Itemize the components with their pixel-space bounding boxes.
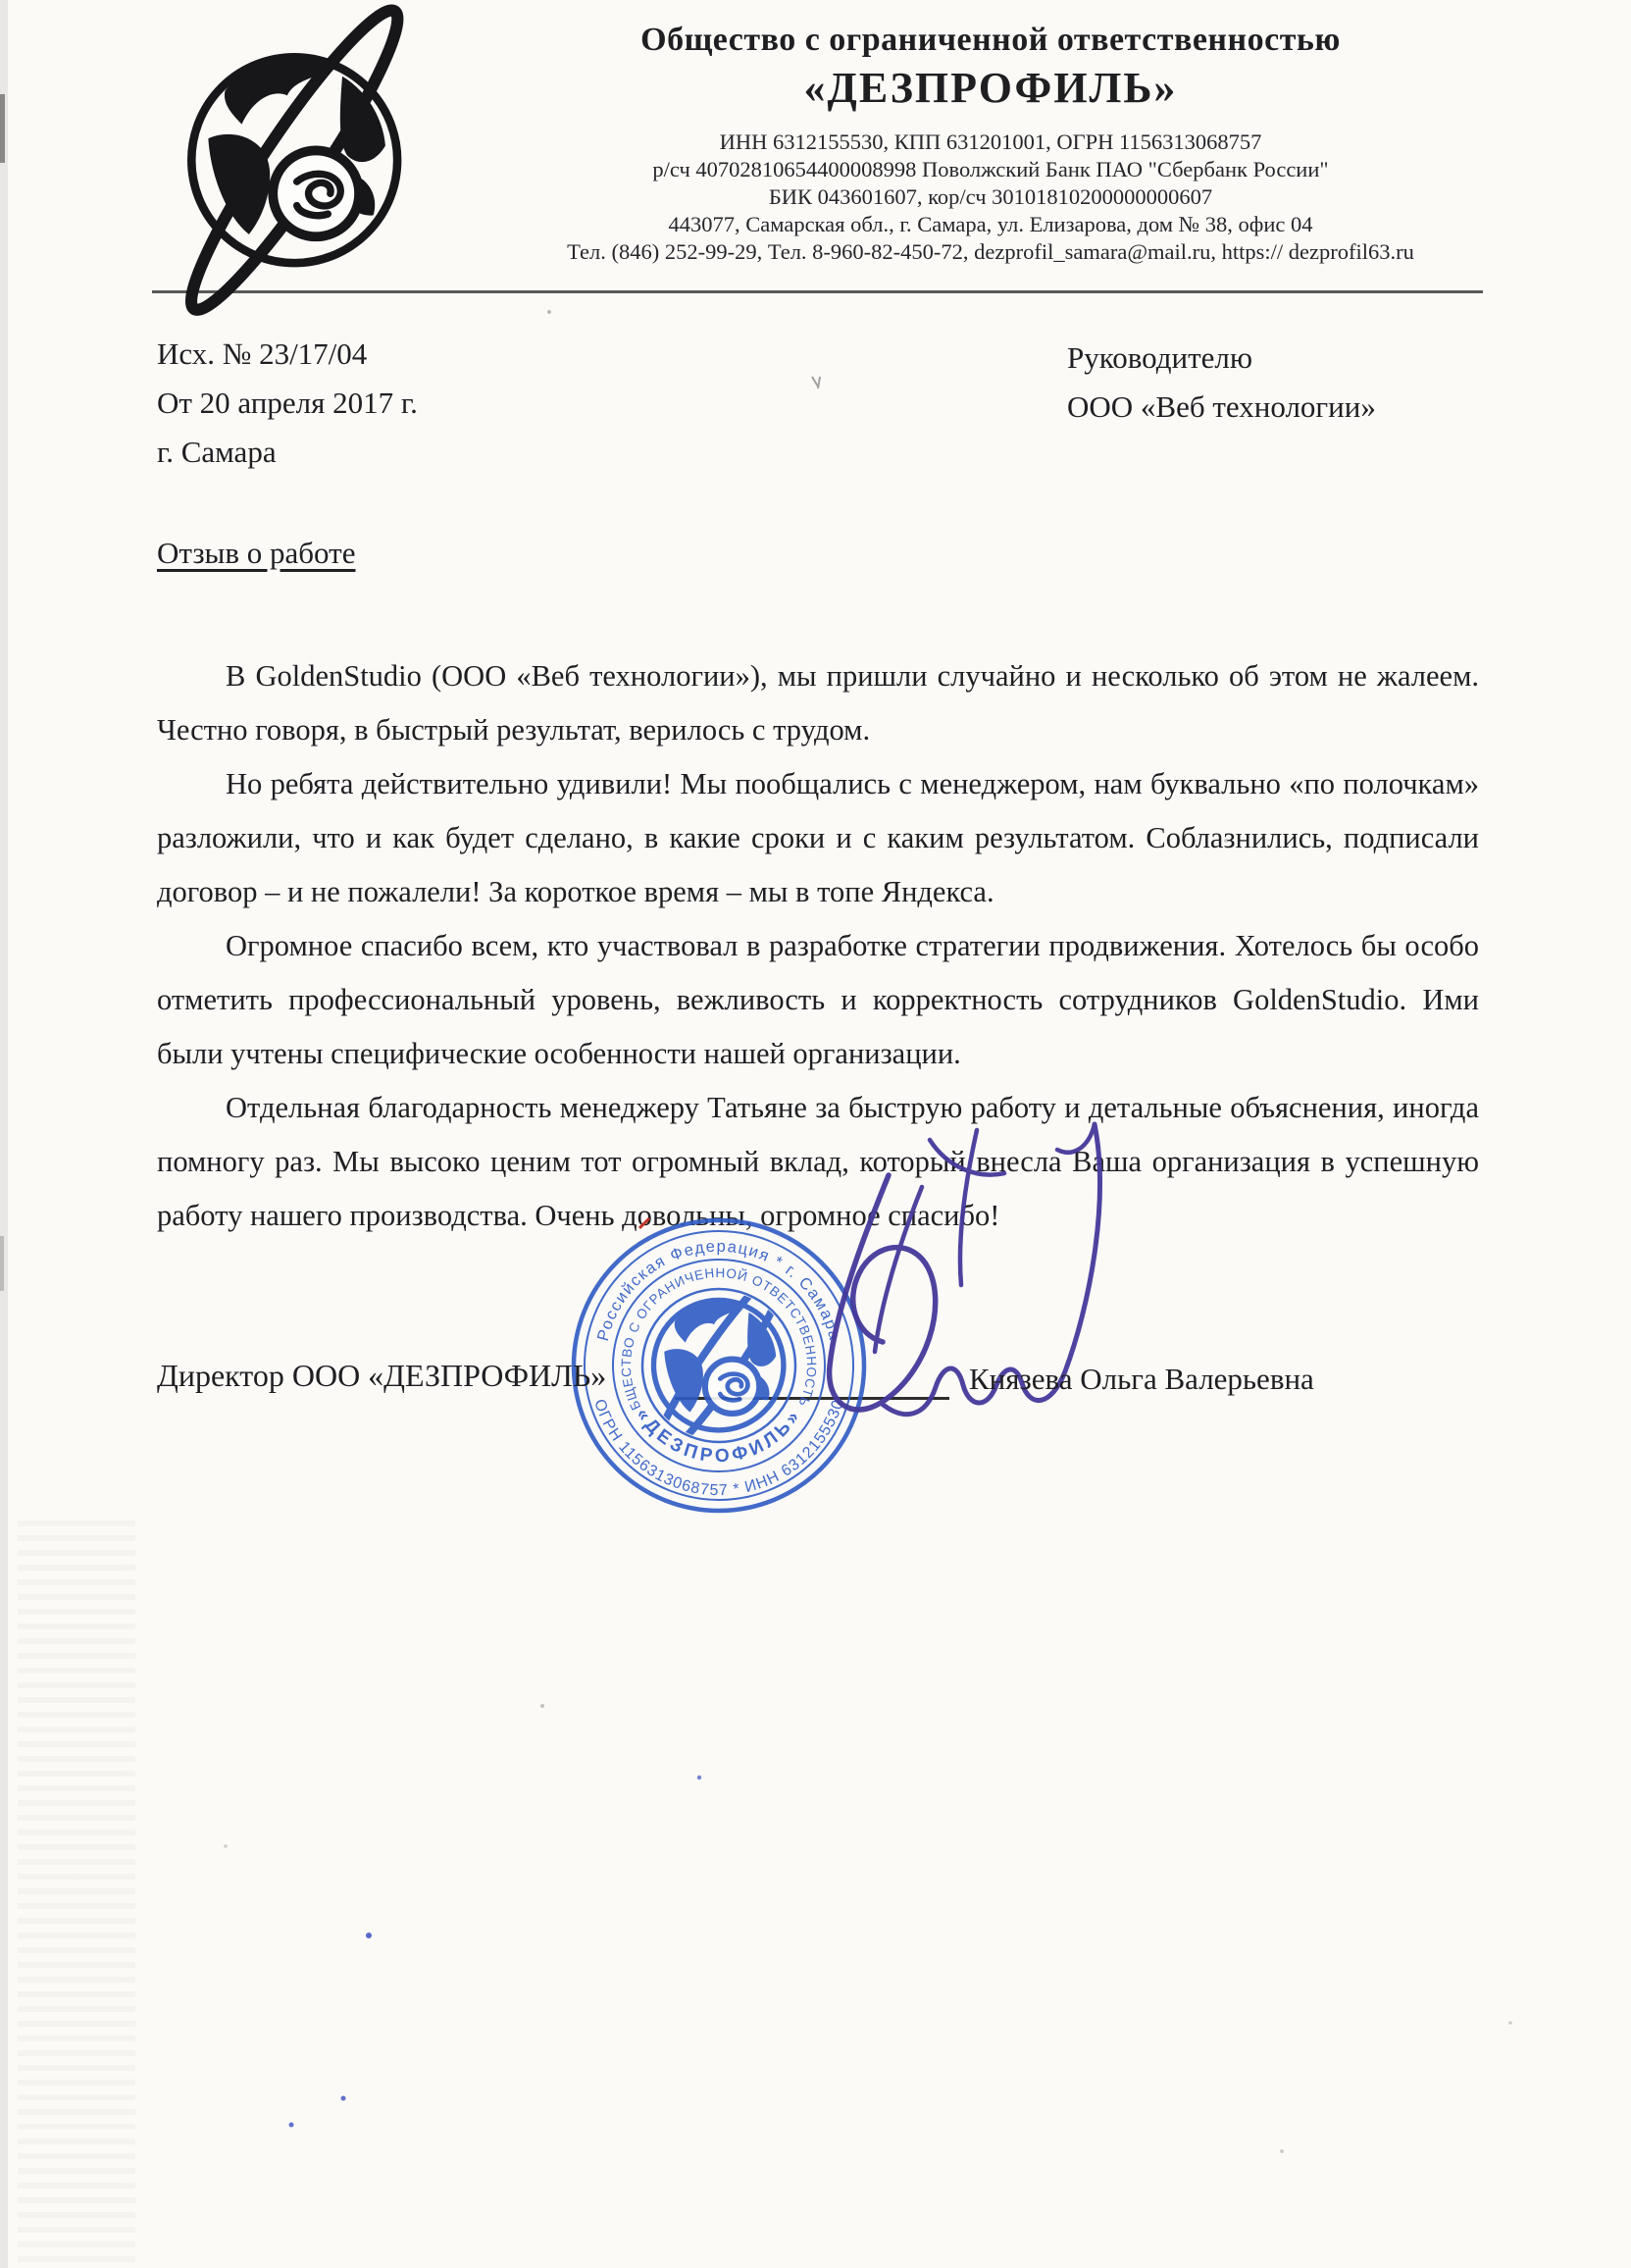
svg-text:«ДЕЗПРОФИЛЬ»: «ДЕЗПРОФИЛЬ» — [632, 1405, 806, 1468]
scan-edge-artifact — [0, 0, 8, 2268]
signer-title: Директор ООО «ДЕЗПРОФИЛЬ» — [157, 1358, 606, 1394]
stamp-text-company-name: «ДЕЗПРОФИЛЬ» — [632, 1405, 806, 1468]
stamp-text-ogrn-inn: ОГРН 1156313068757 * ИНН 6312155530 — [590, 1397, 847, 1499]
letterhead-globe-logo-icon — [171, 0, 419, 325]
letterhead: Общество с ограниченной ответственностью… — [461, 22, 1520, 266]
letter-page: Общество с ограниченной ответственностью… — [0, 0, 1631, 2268]
company-type: Общество с ограниченной ответственностью — [461, 22, 1520, 59]
scan-noise-band — [18, 1521, 135, 2266]
letter-date: От 20 апреля 2017 г. — [157, 379, 418, 428]
company-name: «ДЕЗПРОФИЛЬ» — [461, 63, 1520, 113]
recipient-block: Руководителю ООО «Веб технологии» — [1067, 334, 1376, 432]
stamp-globe-icon — [640, 1262, 797, 1469]
stamp-text-country: Российская Федерация * г. Самара — [594, 1238, 843, 1343]
reference-block: Исх. № 23/17/04 От 20 апреля 2017 г. г. … — [157, 330, 418, 477]
body-paragraph: Отдельная благодарность менеджеру Татьян… — [157, 1081, 1479, 1243]
letter-city: г. Самара — [157, 428, 418, 477]
header-divider — [152, 290, 1483, 293]
svg-text:Российская Федерация * г. Сама: Российская Федерация * г. Самара — [594, 1238, 843, 1343]
body-paragraph: Огромное спасибо всем, кто участвовал в … — [157, 919, 1479, 1081]
recipient-company: ООО «Веб технологии» — [1067, 383, 1376, 432]
company-details-line: Тел. (846) 252-99-29, Тел. 8-960-82-450-… — [461, 238, 1520, 266]
outgoing-number: Исх. № 23/17/04 — [157, 330, 418, 379]
scan-edge-mark — [0, 1236, 4, 1291]
signer-name: Князева Ольга Валерьевна — [969, 1362, 1314, 1397]
scan-edge-mark — [0, 94, 5, 163]
body-paragraph: В GoldenStudio (ООО «Веб технологии»), м… — [157, 649, 1479, 757]
letter-body: В GoldenStudio (ООО «Веб технологии»), м… — [157, 649, 1479, 1243]
svg-text:ОГРН 1156313068757 * ИНН 63121: ОГРН 1156313068757 * ИНН 6312155530 — [590, 1397, 847, 1499]
body-paragraph: Но ребята действительно удивили! Мы пооб… — [157, 757, 1479, 919]
recipient-title: Руководителю — [1067, 334, 1376, 383]
company-details-line: ИНН 6312155530, КПП 631201001, ОГРН 1156… — [461, 129, 1520, 156]
signature-line — [675, 1397, 949, 1400]
company-details-line: 443077, Самарская обл., г. Самара, ул. Е… — [461, 211, 1520, 238]
company-details-line: р/сч 40702810654400008998 Поволжский Бан… — [461, 156, 1520, 183]
company-details: ИНН 6312155530, КПП 631201001, ОГРН 1156… — [461, 129, 1520, 266]
company-details-line: БИК 043601607, кор/сч 301018102000000006… — [461, 183, 1520, 211]
subject-heading: Отзыв о работе — [157, 536, 355, 571]
